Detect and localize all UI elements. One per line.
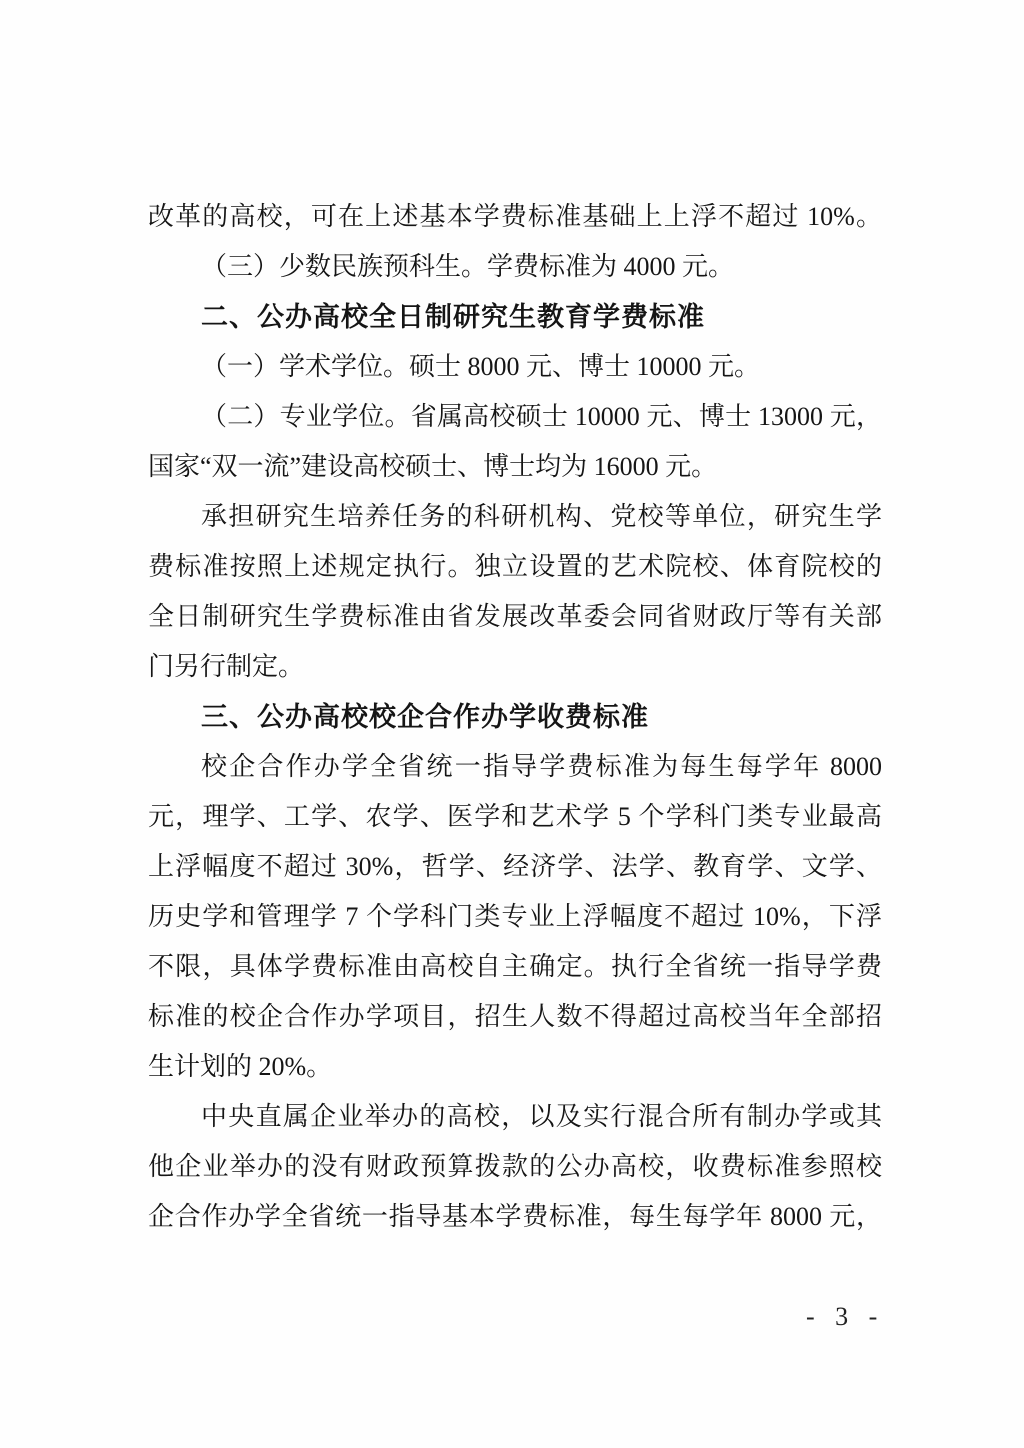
text-line: 改革的高校，可在上述基本学费标准基础上上浮不超过 10%。 [148, 192, 882, 242]
text-line: （二）专业学位。省属高校硕士 10000 元、博士 13000 元， [148, 392, 882, 442]
text-line: 生计划的 20%。 [148, 1042, 882, 1092]
text-line: （三）少数民族预科生。学费标准为 4000 元。 [148, 242, 882, 292]
text-line: 企合作办学全省统一指导基本学费标准，每生每学年 8000 元， [148, 1192, 882, 1242]
text-line: 费标准按照上述规定执行。独立设置的艺术院校、体育院校的 [148, 542, 882, 592]
text-line: 他企业举办的没有财政预算拨款的公办高校，收费标准参照校 [148, 1142, 882, 1192]
text-line: 承担研究生培养任务的科研机构、党校等单位，研究生学 [148, 492, 882, 542]
page-number: - 3 - [806, 1302, 884, 1332]
text-line: 全日制研究生学费标准由省发展改革委会同省财政厅等有关部 [148, 592, 882, 642]
text-line: 上浮幅度不超过 30%，哲学、经济学、法学、教育学、文学、 [148, 842, 882, 892]
text-line: （一）学术学位。硕士 8000 元、博士 10000 元。 [148, 342, 882, 392]
section-heading: 二、公办高校全日制研究生教育学费标准 [148, 292, 882, 342]
text-line: 国家“双一流”建设高校硕士、博士均为 16000 元。 [148, 442, 882, 492]
text-line: 不限，具体学费标准由高校自主确定。执行全省统一指导学费 [148, 942, 882, 992]
document-body: 改革的高校，可在上述基本学费标准基础上上浮不超过 10%。（三）少数民族预科生。… [148, 192, 882, 1242]
text-line: 门另行制定。 [148, 642, 882, 692]
text-line: 元，理学、工学、农学、医学和艺术学 5 个学科门类专业最高 [148, 792, 882, 842]
document-page: 改革的高校，可在上述基本学费标准基础上上浮不超过 10%。（三）少数民族预科生。… [0, 0, 1024, 1448]
section-heading: 三、公办高校校企合作办学收费标准 [148, 692, 882, 742]
text-line: 中央直属企业举办的高校，以及实行混合所有制办学或其 [148, 1092, 882, 1142]
text-line: 标准的校企合作办学项目，招生人数不得超过高校当年全部招 [148, 992, 882, 1042]
text-line: 校企合作办学全省统一指导学费标准为每生每学年 8000 [148, 742, 882, 792]
text-line: 历史学和管理学 7 个学科门类专业上浮幅度不超过 10%，下浮 [148, 892, 882, 942]
